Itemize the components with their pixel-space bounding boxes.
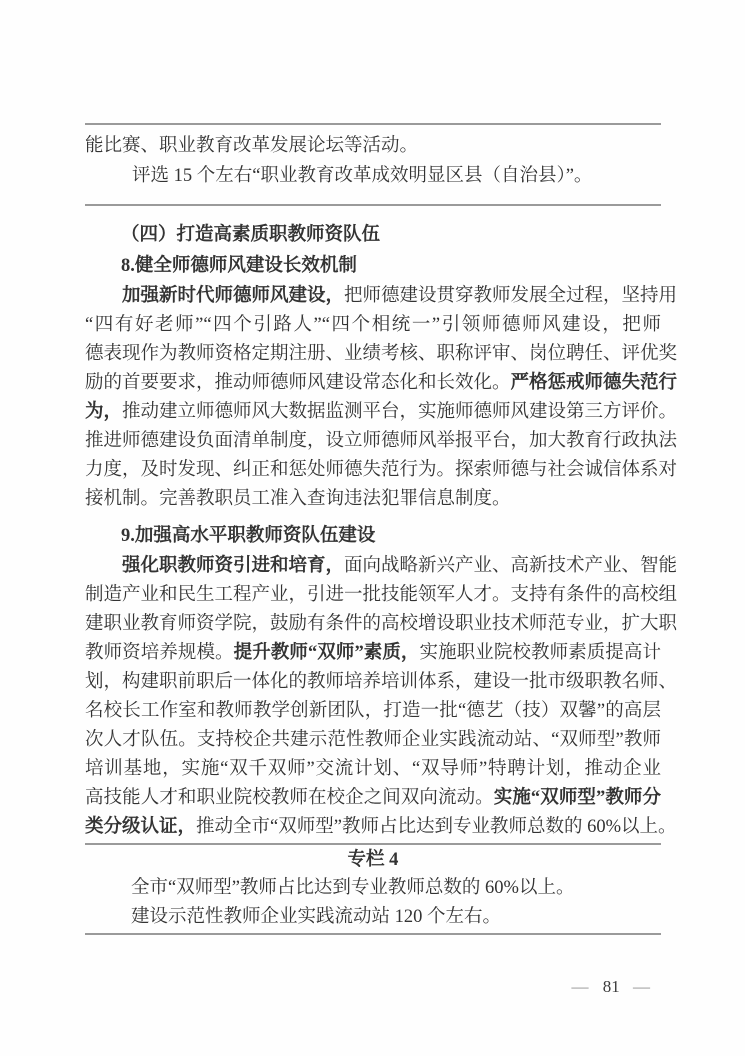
text-run: 次人才队伍。支持校企共建示范性教师企业实践流动站、“双师型”教师 (85, 730, 661, 750)
text-column: 能比赛、职业教育改革发展论坛等活动。评选 15 个左右“职业教育改革成效明显区县… (85, 0, 661, 935)
text-line: 教师资培养规模。提升教师“双师”素质，实施职业院校教师素质提高计 (85, 639, 661, 668)
text-run: 推进师德建设负面清单制度，设立师德师风举报平台，加大教育行政执法 (85, 431, 677, 451)
emphasis-run: 强化职教师资引进和培育， (122, 556, 344, 576)
page-number-dash-right: — (633, 977, 651, 996)
text-line: 名校长工作室和教师教学创新团队，打造一批“德艺（技）双馨”的高层 (85, 697, 661, 726)
text-line: 强化职教师资引进和培育，面向战略新兴产业、高新技术产业、智能 (85, 552, 661, 581)
text-line: 评选 15 个左右“职业教育改革成效明显区县（自治县）”。 (85, 161, 661, 191)
text-run: 制造产业和民生工程产业，引进一批技能领军人才。支持有条件的高校组 (85, 585, 677, 605)
text-run: 建职业教育师资学院，鼓励有条件的高校增设职业技术师范专业，扩大职 (85, 614, 677, 634)
text-line: 全市“双师型”教师占比达到专业教师总数的 60%以上。 (85, 874, 661, 903)
text-line: 能比赛、职业教育改革发展论坛等活动。 (85, 131, 661, 161)
paragraph-9: 强化职教师资引进和培育，面向战略新兴产业、高新技术产业、智能制造产业和民生工程产… (85, 552, 661, 842)
text-run: 德表现作为教师资格定期注册、业绩考核、职称评审、岗位聘任、评优奖 (85, 344, 677, 364)
page-number-value: 81 (594, 977, 629, 996)
text-run: 力度，及时发现、纠正和惩处师德失范行为。探索师德与社会诚信体系对 (85, 460, 677, 480)
paragraph-8: 加强新时代师德师风建设，把师德建设贯穿教师发展全过程，坚持用“四有好老师”“四个… (85, 282, 661, 514)
text-run: 名校长工作室和教师教学创新团队，打造一批“德艺（技）双馨”的高层 (85, 701, 661, 721)
text-line: 建职业教育师资学院，鼓励有条件的高校增设职业技术师范专业，扩大职 (85, 610, 661, 639)
emphasis-run: 提升教师“双师”素质， (234, 643, 420, 663)
text-line: 力度，及时发现、纠正和惩处师德失范行为。探索师德与社会诚信体系对 (85, 456, 661, 485)
callout-box-continued: 能比赛、职业教育改革发展论坛等活动。评选 15 个左右“职业教育改革成效明显区县… (85, 123, 661, 206)
text-line: 类分级认证，推动全市“双师型”教师占比达到专业教师总数的 60%以上。 (85, 813, 661, 842)
text-line: 制造产业和民生工程产业，引进一批技能领军人才。支持有条件的高校组 (85, 581, 661, 610)
text-run: 推动建立师德师风大数据监测平台，实施师德师风建设第三方评价。 (122, 402, 677, 422)
text-line: 划，构建职前职后一体化的教师培养培训体系，建设一批市级职教名师、 (85, 668, 661, 697)
text-run: 培训基地，实施“双千双师”交流计划、“双导师”特聘计划，推动企业 (85, 759, 661, 779)
emphasis-run: 为， (85, 402, 122, 422)
text-line: 培训基地，实施“双千双师”交流计划、“双导师”特聘计划，推动企业 (85, 755, 661, 784)
emphasis-run: 加强新时代师德师风建设， (122, 286, 344, 306)
text-line: 励的首要要求，推动师德师风建设常态化和长效化。严格惩戒师德失范行 (85, 369, 661, 398)
text-line: “四有好老师”“四个引路人”“四个相统一”引领师德师风建设，把师 (85, 311, 661, 340)
text-run: 高技能人才和职业院校教师在校企之间双向流动。 (85, 788, 494, 808)
emphasis-run: 严格惩戒师德失范行 (511, 373, 678, 393)
text-run: 能比赛、职业教育改革发展论坛等活动。 (85, 136, 418, 156)
text-line: 推进师德建设负面清单制度，设立师德师风举报平台，加大教育行政执法 (85, 427, 661, 456)
text-line: 接机制。完善教职员工准入查询违法犯罪信息制度。 (85, 485, 661, 514)
text-run: 实施职业院校教师素质提高计 (420, 643, 661, 663)
callout-box-4: 专栏 4 全市“双师型”教师占比达到专业教师总数的 60%以上。建设示范性教师企… (85, 843, 661, 935)
text-line: 建设示范性教师企业实践流动站 120 个左右。 (85, 903, 661, 932)
text-run: 推动全市“双师型”教师占比达到专业教师总数的 60%以上。 (196, 817, 676, 837)
text-run: 全市“双师型”教师占比达到专业教师总数的 60%以上。 (131, 878, 574, 898)
text-run: 划，构建职前职后一体化的教师培养培训体系，建设一批市级职教名师、 (85, 672, 677, 692)
text-run: “四有好老师”“四个引路人”“四个相统一”引领师德师风建设，把师 (85, 315, 661, 335)
text-run: 教师资培养规模。 (85, 643, 234, 663)
text-run: 把师德建设贯穿教师发展全过程，坚持用 (344, 286, 677, 306)
text-line: 为，推动建立师德师风大数据监测平台，实施师德师风建设第三方评价。 (85, 398, 661, 427)
item-heading-8: 8.健全师德师风建设长效机制 (85, 251, 661, 282)
text-run: 励的首要要求，推动师德师风建设常态化和长效化。 (85, 373, 511, 393)
text-run: 面向战略新兴产业、高新技术产业、智能 (344, 556, 677, 576)
page-number-dash-left: — (572, 977, 590, 996)
page-number: — 81 — (85, 977, 651, 997)
text-line: 加强新时代师德师风建设，把师德建设贯穿教师发展全过程，坚持用 (85, 282, 661, 311)
text-line: 次人才队伍。支持校企共建示范性教师企业实践流动站、“双师型”教师 (85, 726, 661, 755)
text-run: 建设示范性教师企业实践流动站 120 个左右。 (131, 907, 501, 927)
item-heading-9: 9.加强高水平职教师资队伍建设 (85, 521, 661, 552)
text-line: 高技能人才和职业院校教师在校企之间双向流动。实施“双师型”教师分 (85, 784, 661, 813)
text-line: 德表现作为教师资格定期注册、业绩考核、职称评审、岗位聘任、评优奖 (85, 340, 661, 369)
callout-box-title: 专栏 4 (85, 846, 661, 874)
callout-box-body: 全市“双师型”教师占比达到专业教师总数的 60%以上。建设示范性教师企业实践流动… (85, 874, 661, 932)
text-run: 评选 15 个左右“职业教育改革成效明显区县（自治县）”。 (132, 166, 592, 186)
document-page: 能比赛、职业教育改革发展论坛等活动。评选 15 个左右“职业教育改革成效明显区县… (0, 0, 745, 1056)
emphasis-run: 实施“双师型”教师分 (494, 788, 661, 808)
section-heading: （四）打造高素质职教师资队伍 (85, 220, 661, 251)
emphasis-run: 类分级认证， (85, 817, 196, 837)
text-run: 接机制。完善教职员工准入查询违法犯罪信息制度。 (85, 489, 511, 509)
